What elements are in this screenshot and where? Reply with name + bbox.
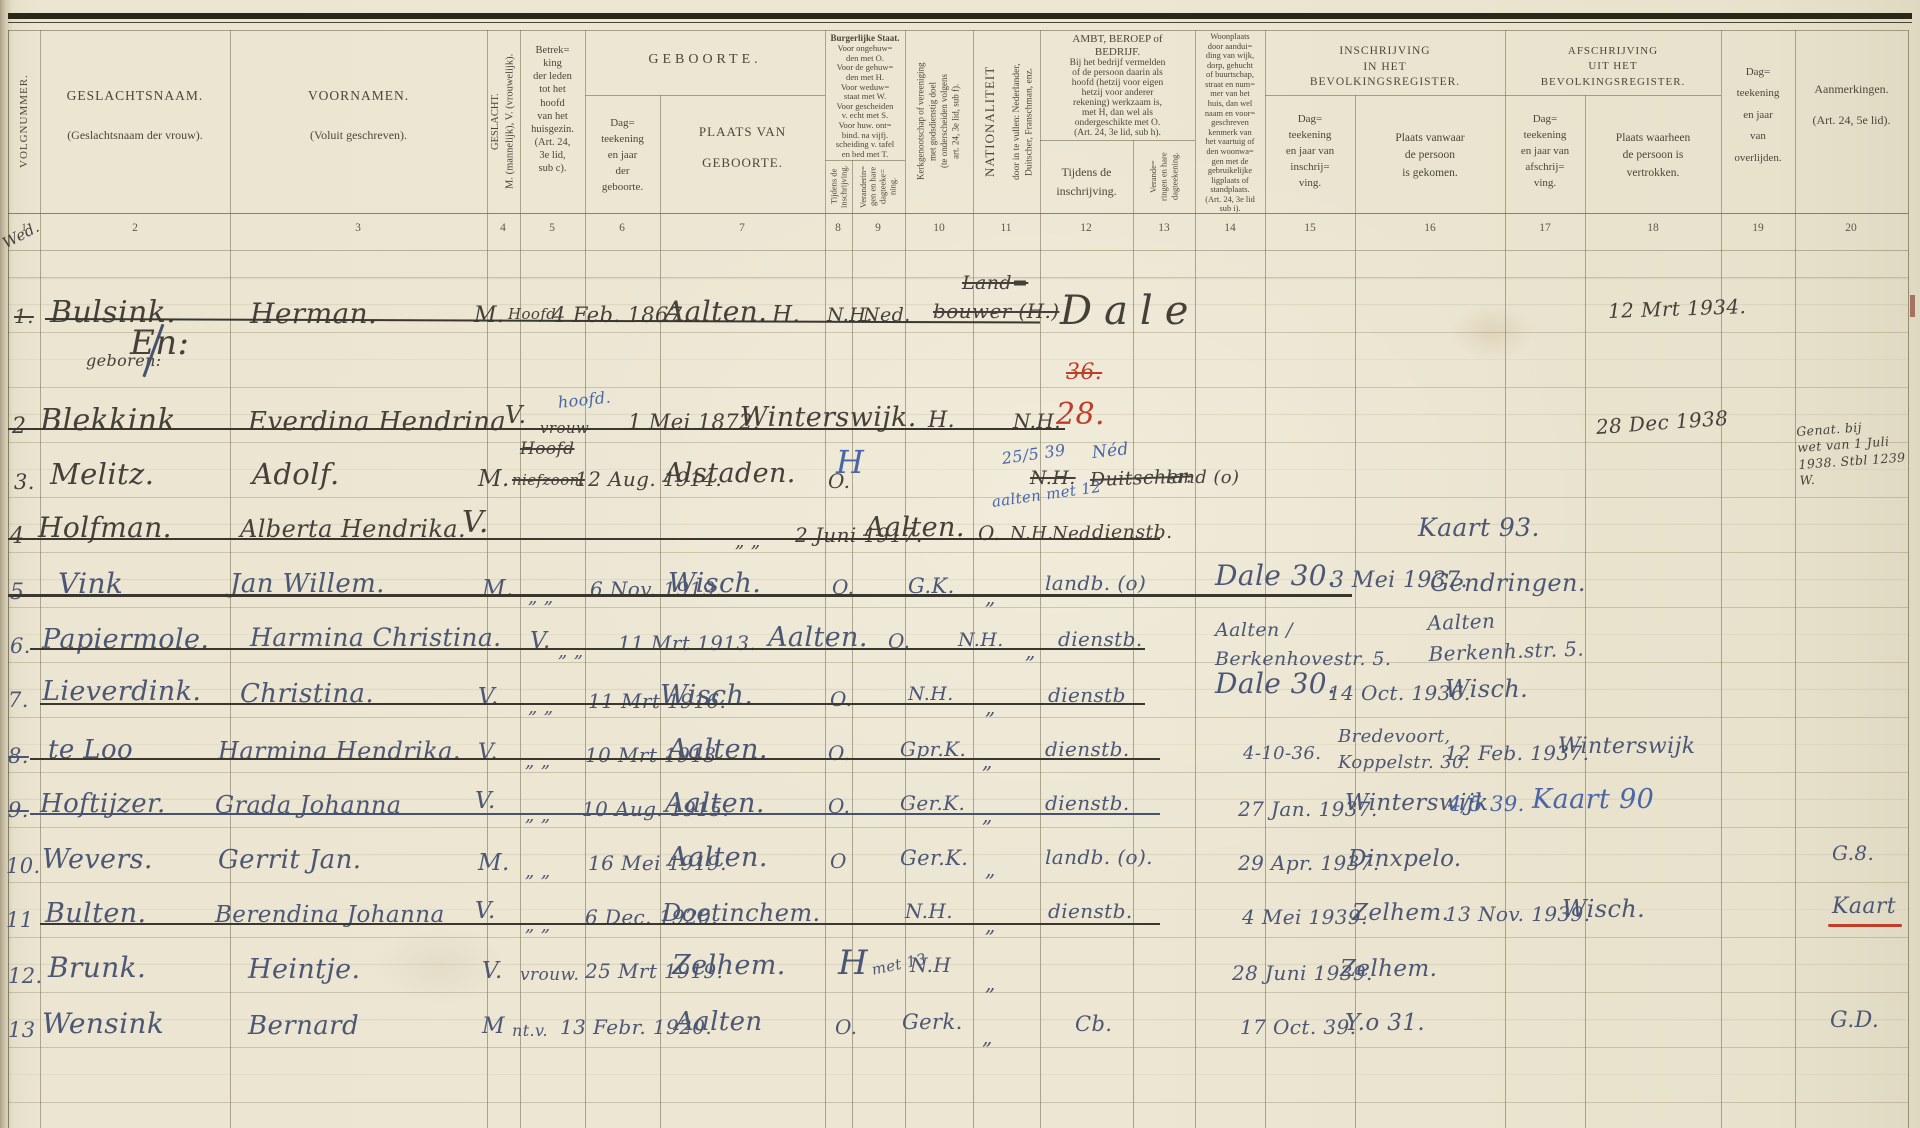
row-geslachtsnaam: te Loo xyxy=(48,736,133,766)
row-geboorteplaats: Aalten. xyxy=(668,842,768,873)
col-header-voornamen-sub: (Voluit geschreven). xyxy=(230,128,487,143)
col-header-inschr-plaats: Plaats vanwaar de persoon is gekomen. xyxy=(1355,130,1505,182)
row-geslacht: V. xyxy=(475,788,496,814)
row-geslachtsnaam: Bulsink. xyxy=(50,296,176,331)
col-number-7: 7 xyxy=(724,222,760,234)
row-beroep-regel1: Land= xyxy=(962,273,1028,295)
col-number-17: 17 xyxy=(1527,222,1563,234)
col-number-16: 16 xyxy=(1412,222,1448,234)
col-number-12: 12 xyxy=(1068,222,1104,234)
col-header-afschrijving-title: AFSCHRIJVING UIT HET BEVOLKINGSREGISTER. xyxy=(1505,44,1721,90)
row-geboorteplaats: Zelhem. xyxy=(672,950,786,981)
row-kerk: Ger.K. xyxy=(900,792,965,815)
row-overlijdensdatum: 12 Mrt 1934. xyxy=(1608,295,1747,323)
col-header-voornamen: VOORNAMEN. xyxy=(230,88,487,104)
row-geboorteplaats: Aalten. xyxy=(668,734,768,765)
row-nationaliteit: „ xyxy=(985,972,996,995)
col-header-volgnummer: VOLGNUMMER. xyxy=(8,30,40,213)
grid-vline xyxy=(520,30,521,1128)
col-header-geslachtsnaam: GESLACHTSNAAM. xyxy=(40,88,230,104)
col-header-inschr-datum: Dag= teekening en jaar van inschrij= vin… xyxy=(1265,112,1355,192)
row-geslacht: M xyxy=(482,1014,505,1039)
row-betrekking: „ „ xyxy=(528,588,554,609)
col-number-3: 3 xyxy=(340,222,376,234)
row-volgnummer: 7. xyxy=(8,688,29,712)
col-header-kerkgenootschap: Kerkgenootschap of vereeniging met godsd… xyxy=(905,30,973,213)
row-geslachtsnaam: Blekkink xyxy=(40,404,176,439)
row-betrekking: niefzoon. xyxy=(512,472,585,489)
strike-row-2 xyxy=(8,428,1065,430)
strike-row-7 xyxy=(40,703,1145,705)
register-page: VOLGNUMMER. GESLACHTSNAAM. (Geslachtsnaa… xyxy=(0,0,1920,1128)
row-geslacht: M. xyxy=(482,576,514,602)
row-verandering: 25/5 39 xyxy=(1001,441,1067,468)
row-volgnummer: 3. xyxy=(14,470,35,494)
col-header-inschrijving-title: INSCHRIJVING IN HET BEVOLKINGSREGISTER. xyxy=(1265,44,1505,91)
row-voornamen: Bernard xyxy=(248,1012,359,1042)
col-header-afschr-datum: Dag= teekening en jaar van afschrij= vin… xyxy=(1505,112,1585,192)
col-header-nationaliteit-sub: door in te vullen: Nederlander, Duitsche… xyxy=(1007,30,1040,213)
row-geslacht: V. xyxy=(478,684,499,710)
row-vanwaar: Zelhem. xyxy=(1352,900,1449,926)
row-voornamen: Harmina Hendrika. xyxy=(218,738,461,766)
strike-row-9 xyxy=(30,813,1160,815)
row-waarheen: Kaart 93. xyxy=(1418,514,1540,543)
col-number-2: 2 xyxy=(117,222,153,234)
page-edge-mark xyxy=(1910,295,1915,317)
row-beroep: landb. (o) xyxy=(1045,572,1146,595)
row-burgstaat: O. xyxy=(830,688,852,711)
row-voornamen: Gerrit Jan. xyxy=(218,846,361,876)
row-geslachtsnaam: Papiermole. xyxy=(42,624,209,655)
top-bar-thin xyxy=(8,22,1912,23)
row-volgnummer: 6. xyxy=(10,634,31,658)
row-waarheen: Winterswijk xyxy=(1558,734,1696,759)
col-header-aanmerkingen: Aanmerkingen. (Art. 24, 5e lid). xyxy=(1795,82,1908,129)
row-kerk: Ger.K. xyxy=(900,846,968,870)
row-volgnummer: 8. xyxy=(8,744,29,768)
row-beroep: dienstb. xyxy=(1092,522,1173,544)
row-volgnummer: 11 xyxy=(6,908,34,932)
row-betrekking: „ „ xyxy=(525,916,551,937)
row-beroep-regel2: bouwer (H.) xyxy=(933,300,1059,323)
row-geslachtsnaam: Brunk. xyxy=(48,952,146,984)
row-beroep: landb. (o). xyxy=(1045,846,1153,869)
row-aanmerking: Genat. bij wet van 1 Juli 1938. Stbl 123… xyxy=(1796,416,1920,489)
row-voornamen: Grada Johanna xyxy=(215,792,402,820)
row-geslacht: M. xyxy=(478,466,510,492)
row-beroep: dienstb. xyxy=(1045,792,1130,815)
row-volgnummer: 2 xyxy=(12,414,26,439)
row-voornamen: Heintje. xyxy=(248,954,361,985)
row-betrekking-correctie: Hoofd xyxy=(520,440,574,460)
col-number-5: 5 xyxy=(534,222,570,234)
row-vanwaar: Dinxpelo. xyxy=(1348,846,1462,872)
col-number-14: 14 xyxy=(1212,222,1248,234)
row-burgstaat: O. xyxy=(835,1016,857,1039)
col-number-10: 10 xyxy=(921,222,957,234)
row-geslacht: M. xyxy=(474,303,504,328)
inschrijving-split-line xyxy=(1265,95,1721,96)
row-burgstaat: O. xyxy=(978,522,1000,545)
col-header-betrekking: Betrek= king der leden tot het hoofd van… xyxy=(520,44,585,175)
row-betrekking: nt.v. xyxy=(512,1022,548,1040)
col-number-8: 8 xyxy=(820,222,856,234)
col-header-geb-plaats: PLAATS VAN GEBOORTE. xyxy=(660,124,825,171)
row-vanwaar: Zelhem. xyxy=(1340,956,1437,982)
grid-vline xyxy=(1721,30,1722,1128)
row-volgnummer: 1. xyxy=(14,305,34,328)
row-burgstaat-correctie: H xyxy=(836,444,864,481)
row-inschrijvingsdatum: 4-10-36. xyxy=(1243,744,1321,765)
row-burgstaat: O xyxy=(830,850,847,873)
row-burgstaat: H xyxy=(838,944,868,983)
row-inschrijvingsdatum: 4 Mei 1939. xyxy=(1242,906,1368,929)
grid-vline xyxy=(1908,30,1909,1128)
row-nationaliteit: „ xyxy=(1025,640,1036,663)
row-voornamen: Herman. xyxy=(250,298,377,330)
strike-row-8 xyxy=(30,758,1160,760)
row-geboorteplaats: Aalten. xyxy=(664,296,767,328)
row-betrekking: „ „ xyxy=(525,752,551,773)
row-geslachtsnaam: Hoftijzer. xyxy=(40,790,166,820)
row-geslachtsnaam: Wensink xyxy=(42,1008,164,1040)
row-voornamen: Christina. xyxy=(240,680,374,710)
row-volgnummer: 12. xyxy=(8,964,43,988)
row-vanwaar: Dale 30. xyxy=(1215,560,1336,592)
row-geslacht: V. xyxy=(478,740,498,765)
row-aanmerking: Kaart xyxy=(1832,894,1896,919)
col-number-9: 9 xyxy=(860,222,896,234)
red-underline-kaart xyxy=(1828,924,1902,927)
row-betrekking: „ „ xyxy=(558,642,584,663)
row-nationaliteit: Ned. xyxy=(863,305,911,327)
row-betrekking-correctie: hoofd. xyxy=(557,388,612,412)
row-volgnummer: 9. xyxy=(8,798,29,822)
strike-row-4 xyxy=(8,538,1160,540)
body-top-line xyxy=(8,250,1908,251)
row-volgnummer: 4 xyxy=(10,524,24,549)
row-woonplaats: Dale xyxy=(1060,288,1200,334)
grid-vline xyxy=(1585,95,1586,1128)
row-geslacht: M. xyxy=(478,850,510,876)
row-aanmerking: G.D. xyxy=(1830,1008,1879,1033)
row-waarheen: Wisch. xyxy=(1562,896,1645,924)
geboorte-split-line xyxy=(585,95,825,96)
row-voornamen: Everdina Hendrina xyxy=(248,408,506,438)
col-number-4: 4 xyxy=(485,222,521,234)
row-inschrijvingsdatum: 17 Oct. 39. xyxy=(1240,1016,1356,1039)
col-number-11: 11 xyxy=(988,222,1024,234)
row-betrekking: „ „ xyxy=(528,698,554,719)
col-header-geslachtsnaam-sub: (Geslachtsnaam der vrouw). xyxy=(40,128,230,143)
row-geboorteplaats: Alstaden. xyxy=(664,458,796,489)
col-header-beroep-note: Bij het bedrijf vermelden of de persoon … xyxy=(1040,59,1195,139)
row-geslacht: V. xyxy=(505,402,527,430)
row-waarheen: Kaart 90 xyxy=(1532,784,1654,815)
row-betrekking: vrouw. xyxy=(520,966,579,986)
row-vanwaar: Dale 30. xyxy=(1215,668,1336,700)
col-header-afschr-plaats: Plaats waarheen de persoon is vertrokken… xyxy=(1585,130,1721,182)
col-header-nationaliteit: NATIONALITEIT xyxy=(973,30,1007,213)
row-geslachtsnaam: Wevers. xyxy=(42,844,153,875)
col-number-6: 6 xyxy=(604,222,640,234)
col-header-overlijden: Dag= teekening en jaar van overlijden. xyxy=(1721,62,1795,169)
row-beroep: dienstb. xyxy=(1048,900,1133,923)
row-nationaliteit: „ xyxy=(985,858,996,881)
col-header-staat-tijdens: Tijdens de inschrijving. xyxy=(825,160,852,213)
row-volgnummer: 10. xyxy=(6,854,41,878)
row-huisnummer-oud: 36. xyxy=(1066,360,1102,385)
row-geslachtsnaam: Melitz. xyxy=(50,458,154,491)
row-aanmerking: G.8. xyxy=(1832,842,1874,865)
row-waarheen: Wisch. xyxy=(1445,676,1528,704)
row-kerk: N.H. xyxy=(905,900,953,923)
row-kerk: N.H. xyxy=(1010,524,1053,545)
row-nationaliteit: „ xyxy=(982,750,993,773)
row-nationaliteit: „ xyxy=(985,586,996,609)
row-geslacht: V. xyxy=(462,506,489,541)
row-nationaliteit: „ xyxy=(985,914,996,937)
row-burgstaat: H. xyxy=(772,302,800,328)
col-header-beroep-title: AMBT, BEROEP of BEDRIJF. xyxy=(1040,33,1195,58)
row-geboorteplaats: Wisch. xyxy=(660,680,753,711)
row-geslacht: V. xyxy=(482,958,503,984)
col-number-20: 20 xyxy=(1833,222,1869,234)
col-header-burgstaat-title: Burgerlijke Staat. xyxy=(823,33,907,43)
row-volgnummer: 13 xyxy=(8,1018,36,1042)
row-geslacht: V. xyxy=(530,628,551,654)
row-geslacht: V. xyxy=(475,898,496,924)
col-number-15: 15 xyxy=(1292,222,1328,234)
col-header-geslacht: GESLACHT. M. (mannelijk), V. (vrouwelijk… xyxy=(487,30,520,213)
col-header-staat-verandering: Veranderin= gen en hare dagteeke= ning. xyxy=(852,160,905,213)
row-nationaliteit: „ xyxy=(985,696,996,719)
row-kerk-correctie: Néd xyxy=(1091,440,1130,463)
row-geboorteplaats: Aalten xyxy=(675,1008,763,1038)
row-overlijdensdatum: 28 Dec 1938 xyxy=(1595,407,1729,439)
row-burgstaat: O. xyxy=(828,742,850,765)
row-nationaliteit: „ xyxy=(982,804,993,827)
col-header-geboorte-title: GEBOORTE. xyxy=(585,52,825,68)
row-waarheen: Aalten Berkenh.str. 5. xyxy=(1427,603,1585,670)
row-kerk: Gerk. xyxy=(902,1010,963,1034)
row-kerk: N.H xyxy=(910,954,951,977)
row-betrekking: „ „ xyxy=(735,532,761,553)
col-number-18: 18 xyxy=(1635,222,1671,234)
row-afschrijvingsdatum: 4/5 39. xyxy=(1448,792,1525,816)
row-geboortedatum: 11 Mrt 1913. xyxy=(618,632,756,655)
top-bar xyxy=(8,13,1912,19)
col-number-13: 13 xyxy=(1146,222,1182,234)
strike-row-5 xyxy=(8,594,1352,597)
row-vanwaar: Y.o 31. xyxy=(1345,1010,1425,1036)
col-header-geb-datum: Dag= teekening en jaar der geboorte. xyxy=(585,116,660,196)
row-volgnummer: 5 xyxy=(10,580,24,605)
strike-row-6 xyxy=(30,648,1145,650)
row-nationaliteit: Ned. xyxy=(1052,524,1097,545)
col-header-burgstaat-note: Voor ongehuw= den met O. Voor de gehuw= … xyxy=(822,44,908,160)
row-betrekking: „ „ xyxy=(525,862,551,883)
header-bottom-line xyxy=(8,213,1908,214)
row-beroep: land (o) xyxy=(1166,468,1239,489)
row-betrekking: „ „ xyxy=(525,806,551,827)
col-number-19: 19 xyxy=(1740,222,1776,234)
row-waarheen: Gendringen. xyxy=(1430,570,1586,598)
row-voornamen: Adolf. xyxy=(252,458,340,491)
grid-vline xyxy=(1795,30,1796,1128)
col-header-beroep-tijdens: Tijdens de inschrijving. xyxy=(1040,163,1133,201)
col-header-beroep-verandering: Verande= ringen en hare dagteekening. xyxy=(1133,140,1195,213)
row-nationaliteit: „ xyxy=(982,1026,993,1049)
row-beroep: Cb. xyxy=(1075,1012,1112,1036)
strike-row-11 xyxy=(40,923,1160,925)
col-header-woonplaats: Woonplaats door aandui= ding van wijk, d… xyxy=(1195,32,1265,214)
